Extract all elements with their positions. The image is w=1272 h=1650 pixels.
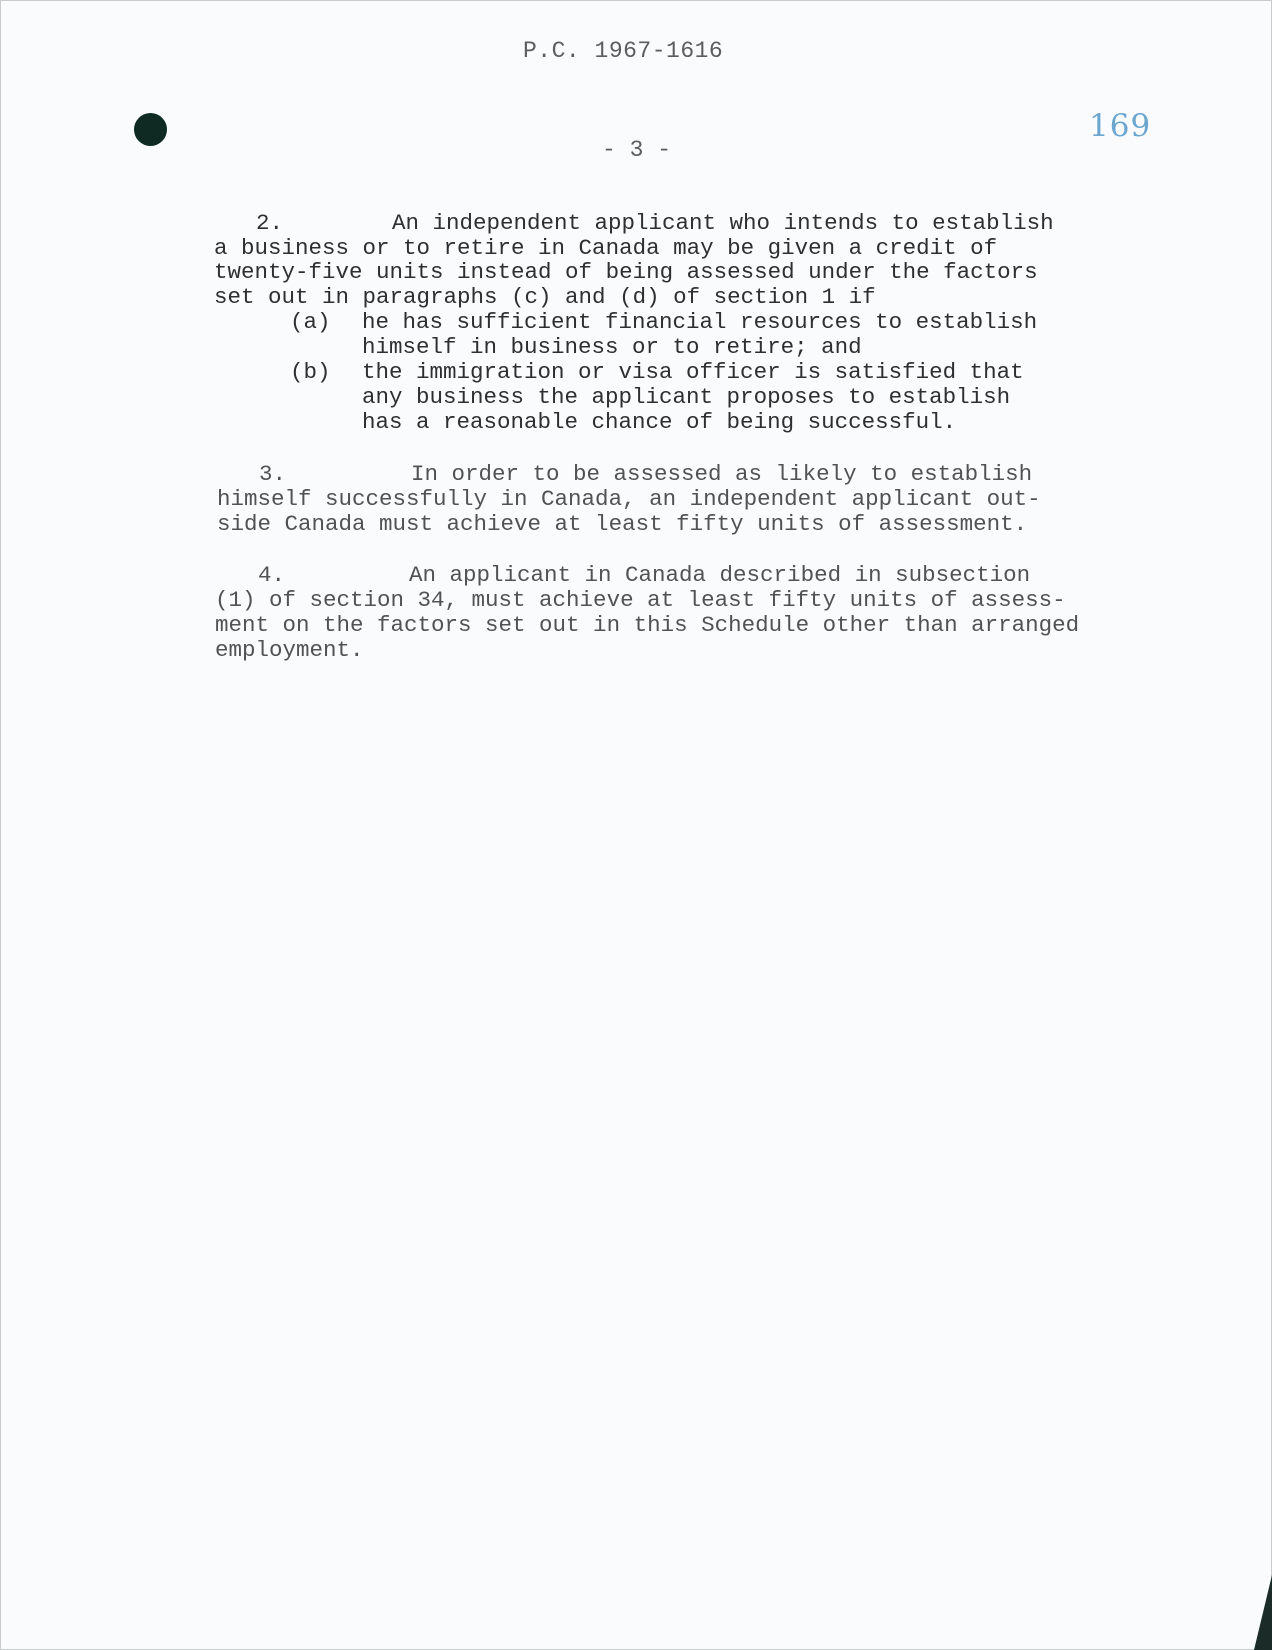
page-corner-shadow — [1254, 1575, 1272, 1650]
page-number: - 3 - — [602, 137, 671, 163]
section-line: An applicant in Canada described in subs… — [409, 563, 1030, 588]
item-line: any business the applicant proposes to e… — [362, 385, 1010, 410]
section-line: An independent applicant who intends to … — [392, 211, 1054, 236]
section-line: a business or to retire in Canada may be… — [214, 236, 997, 261]
section-line: set out in paragraphs (c) and (d) of sec… — [214, 285, 876, 310]
order-reference: P.C. 1967-1616 — [523, 38, 723, 64]
folio-stamp: 169 — [1089, 108, 1151, 144]
section-line: twenty-five units instead of being asses… — [214, 260, 1038, 285]
section-line: In order to be assessed as likely to est… — [411, 462, 1032, 487]
section-line: side Canada must achieve at least fifty … — [217, 512, 1027, 537]
item-line: he has sufficient financial resources to… — [362, 310, 1037, 335]
section-line: ment on the factors set out in this Sche… — [215, 613, 1079, 638]
section-number: 3. — [259, 462, 286, 487]
section-number: 2. — [256, 211, 283, 236]
section-line: (1) of section 34, must achieve at least… — [215, 588, 1066, 613]
section-number: 4. — [258, 563, 285, 588]
item-label: (a) — [290, 310, 331, 335]
punch-hole-mark — [134, 113, 167, 146]
item-line: has a reasonable chance of being success… — [362, 410, 956, 435]
section-line: employment. — [215, 638, 364, 663]
section-line: himself successfully in Canada, an indep… — [217, 487, 1041, 512]
item-line: the immigration or visa officer is satis… — [362, 360, 1024, 385]
item-line: himself in business or to retire; and — [362, 335, 862, 360]
item-label: (b) — [290, 360, 331, 385]
